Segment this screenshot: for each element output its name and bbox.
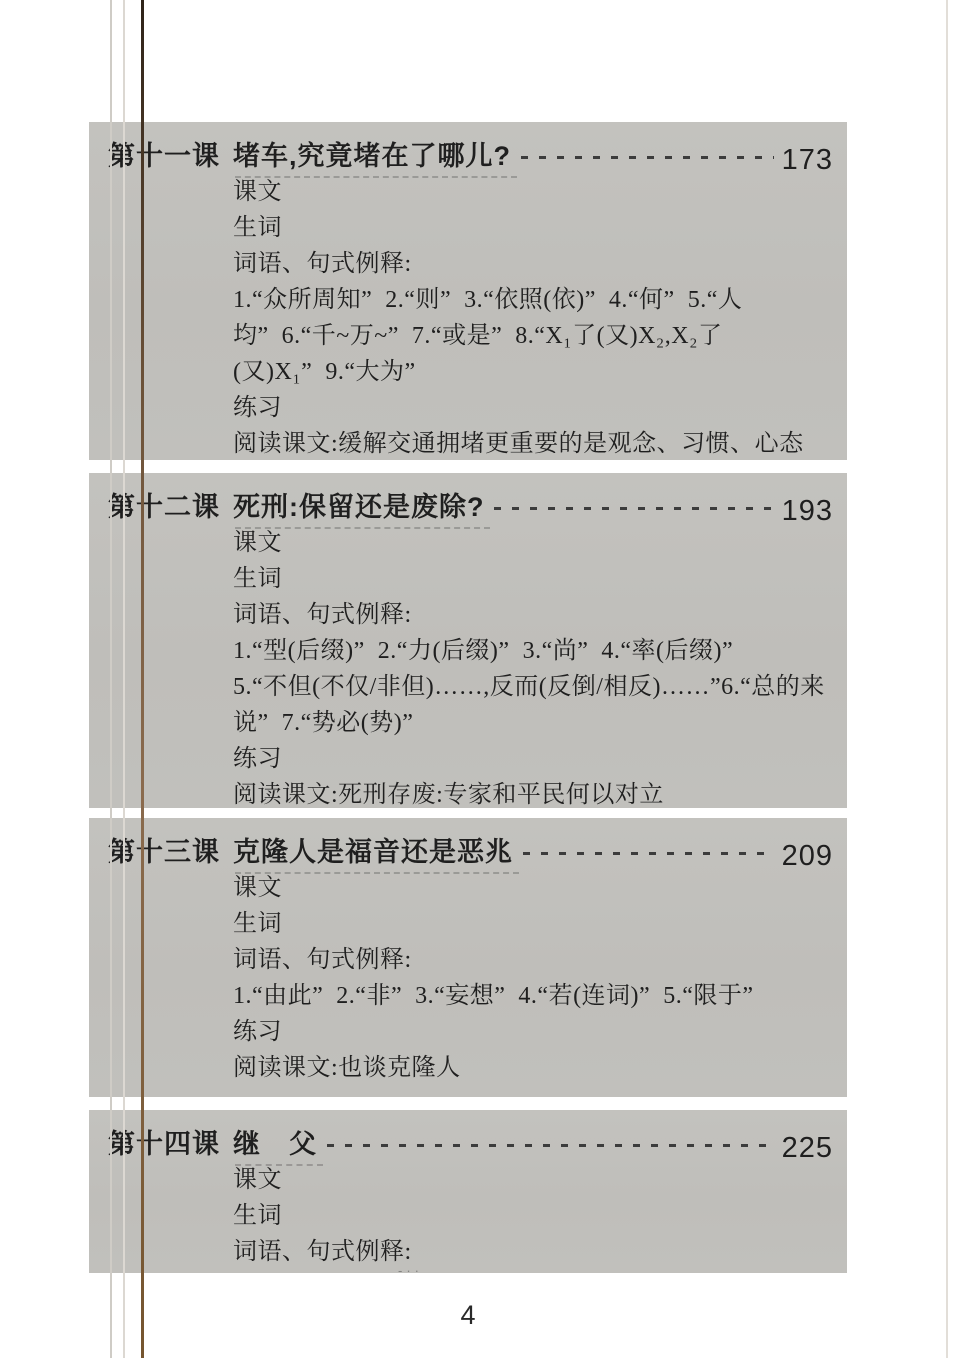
toc-section-lesson-13: 第十三课 克隆人是福音还是恶兆 209 课文 生词 词语、句式例释: 1.“由此… (89, 818, 847, 1097)
toc-section-header: 第十二课 死刑:保留还是废除? 193 (89, 473, 847, 519)
scanned-toc-page: 第十一课 堵车,究竟堵在了哪儿? 173 课文 生词 词语、句式例释: 1.“众… (0, 0, 960, 1358)
toc-item: 课文 (233, 870, 837, 906)
toc-item: 生词 (233, 561, 837, 597)
scan-artifact: -·· (398, 1263, 423, 1278)
toc-item: (又)X₁” 9.“大为” (233, 354, 837, 390)
toc-item: 练习 (233, 741, 837, 777)
footer-page-number: 4 (89, 1300, 847, 1331)
dotted-leader (327, 1144, 774, 1147)
page-edge-line (946, 0, 948, 1358)
lesson-title: 堵车,究竟堵在了哪儿? (233, 134, 511, 173)
toc-section-header: 第十一课 堵车,究竟堵在了哪儿? 173 (89, 122, 847, 168)
binding-crease-line (123, 0, 125, 1358)
dotted-leader (521, 156, 774, 159)
lesson-title: 继 父 (233, 1122, 317, 1161)
toc-item: 阅读课文:死刑存废:专家和平民何以对立 (233, 777, 837, 808)
toc-item: 1.“由此” 2.“非” 3.“妄想” 4.“若(连词)” 5.“限于” (233, 978, 837, 1014)
page-number: 209 (782, 840, 833, 873)
toc-section-header: 第十三课 克隆人是福音还是恶兆 209 (89, 818, 847, 864)
toc-section-body: 课文 生词 词语、句式例释: 1.“由此” 2.“非” 3.“妄想” 4.“若(… (89, 870, 847, 1086)
toc-section-body: 课文 生词 词语、句式例释: 1.“型(后缀)” 2.“力(后缀)” 3.“尚”… (89, 525, 847, 808)
toc-item: 生词 (233, 1198, 837, 1234)
lesson-number: 第十二课 (108, 485, 233, 524)
lesson-number: 第十三课 (108, 830, 233, 869)
binding-crease-line (141, 0, 144, 1358)
toc-item: 词语、句式例释: (233, 1234, 837, 1270)
toc-item: 说” 7.“势必(势)” (233, 705, 837, 741)
page-number: 173 (782, 144, 833, 177)
toc-item: 生词 (233, 210, 837, 246)
toc-item: 词语、句式例释: (233, 942, 837, 978)
page-number: 193 (782, 495, 833, 528)
toc-item: 词语、句式例释: (233, 597, 837, 633)
toc-section-lesson-12: 第十二课 死刑:保留还是废除? 193 课文 生词 词语、句式例释: 1.“型(… (89, 473, 847, 808)
toc-item: 生词 (233, 906, 837, 942)
toc-section-lesson-11: 第十一课 堵车,究竟堵在了哪儿? 173 课文 生词 词语、句式例释: 1.“众… (89, 122, 847, 460)
lesson-number: 第十四课 (108, 1122, 233, 1161)
toc-item: 练习 (233, 390, 837, 426)
binding-crease-line (110, 0, 112, 1358)
toc-item: 词语、句式例释: (233, 246, 837, 282)
lesson-number: 第十一课 (108, 134, 233, 173)
toc-item: 1.“型(后缀)” 2.“力(后缀)” 3.“尚” 4.“率(后缀)” (233, 633, 837, 669)
toc-item: 均” 6.“千~万~” 7.“或是” 8.“X₁了(又)X₂,X₂了 (233, 318, 837, 354)
toc-item: 课文 (233, 525, 837, 561)
page-number: 225 (782, 1132, 833, 1165)
toc-item: 5.“不但(不仅/非但)……,反而(反倒/相反)……”6.“总的来 (233, 669, 837, 705)
toc-item: 练习 (233, 1014, 837, 1050)
toc-item: 阅读课文:也谈克隆人 (233, 1050, 837, 1086)
toc-section-body: 课文 生词 词语、句式例释: 1.“众所周知” 2.“则” 3.“依照(依)” … (89, 174, 847, 460)
toc-section-body: 课文 生词 词语、句式例释: (89, 1162, 847, 1270)
lesson-title: 死刑:保留还是废除? (233, 485, 484, 524)
lesson-title: 克隆人是福音还是恶兆 (233, 830, 513, 869)
toc-section-header: 第十四课 继 父 225 (89, 1110, 847, 1156)
toc-item: 阅读课文:缓解交通拥堵更重要的是观念、习惯、心态 (233, 426, 837, 460)
toc-item: 课文 (233, 1162, 837, 1198)
toc-item: 1.“众所周知” 2.“则” 3.“依照(依)” 4.“何” 5.“人 (233, 282, 837, 318)
dotted-leader (494, 507, 773, 510)
toc-section-lesson-14: 第十四课 继 父 225 课文 生词 词语、句式例释: (89, 1110, 847, 1273)
toc-item: 课文 (233, 174, 837, 210)
dotted-leader (523, 852, 774, 855)
